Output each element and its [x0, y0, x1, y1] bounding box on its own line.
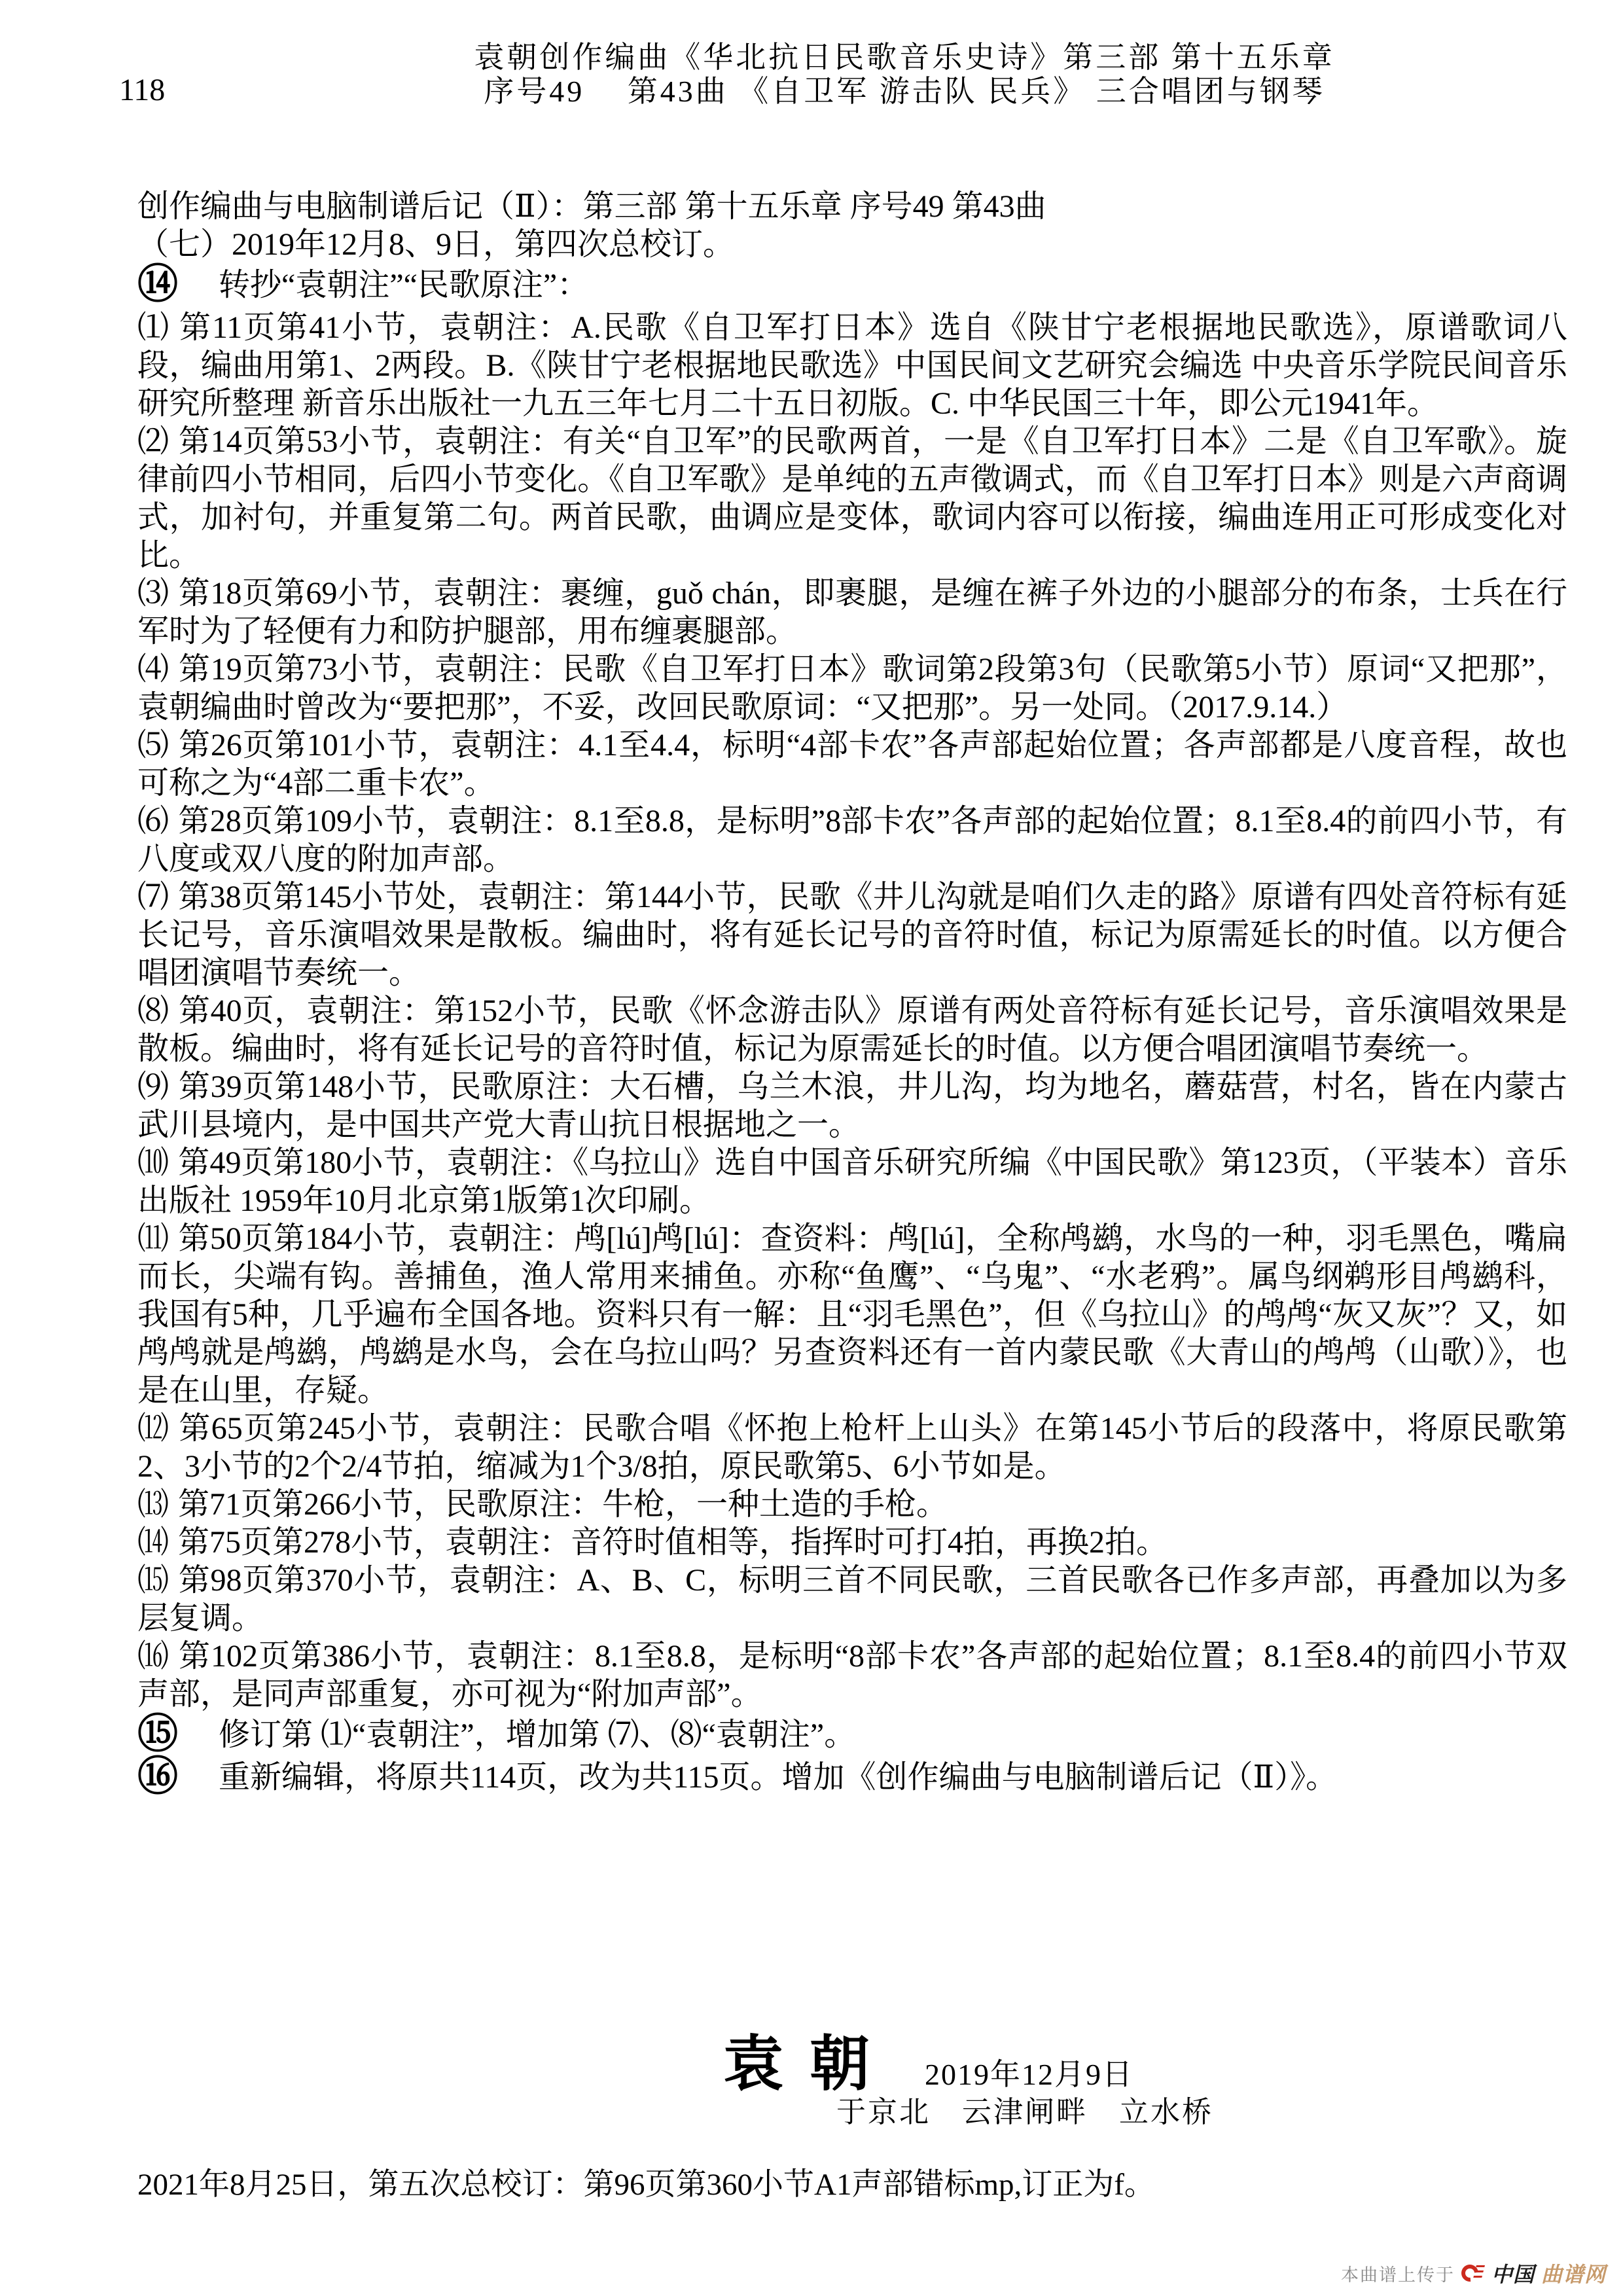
note-text: 第75页第278小节，袁朝注：音符时值相等，指挥时可打4拍，再换2拍。: [178, 1525, 1168, 1560]
note-text: 第26页第101小节，袁朝注：4.1至4.4，标明“4部卡农”各声部起始位置；各…: [137, 728, 1567, 800]
section-14-text: 转抄“袁朝注”“民歌原注”：: [219, 268, 588, 302]
note-item: ⑾第50页第184小节，袁朝注：鸬[lú]鸬[lú]：查资料：鸬[lú]，全称鸬…: [137, 1220, 1567, 1410]
note-item: ⑷第19页第73小节，袁朝注：民歌《自卫军打日本》歌词第2段第3句（民歌第5小节…: [137, 651, 1567, 726]
note-item: ⑽第49页第180小节，袁朝注：《乌拉山》选自中国音乐研究所编《中国民歌》第12…: [137, 1144, 1567, 1220]
note-marker: ⑺: [137, 880, 169, 914]
note-marker: ⒀: [137, 1487, 169, 1522]
note-text: 第28页第109小节，袁朝注：8.1至8.8，是标明”8部卡农”各声部的起始位置…: [137, 804, 1567, 876]
note-item: ⑸第26页第101小节，袁朝注：4.1至4.4，标明“4部卡农”各声部起始位置；…: [137, 726, 1567, 802]
note-text: 第38页第145小节处，袁朝注：第144小节，民歌《井儿沟就是咱们久走的路》原谱…: [137, 880, 1567, 990]
watermark: 本曲谱上传于 中国 曲谱网: [1341, 2258, 1606, 2288]
main-content: 创作编曲与电脑制谱后记（Ⅱ）：第三部 第十五乐章 序号49 第43曲 （七）20…: [137, 188, 1567, 1799]
note-item: ⑻第40页，袁朝注：第152小节，民歌《怀念游击队》原谱有两处音符标有延长记号，…: [137, 992, 1567, 1068]
section-15-heading: ⑮修订第 ⑴“袁朝注”，增加第 ⑺、⑻“袁朝注”。: [137, 1713, 1567, 1756]
note-text: 第19页第73小节，袁朝注：民歌《自卫军打日本》歌词第2段第3句（民歌第5小节）…: [137, 652, 1567, 725]
note-marker: ⑶: [137, 576, 169, 611]
header-title-line2: 序号49 第43曲 《自卫军 游击队 民兵》 三合唱团与钢琴: [191, 75, 1618, 109]
watermark-brand-black: 中国: [1491, 2258, 1535, 2288]
signature-place: 于京北 云津闸畔 立水桥: [836, 2088, 1213, 2130]
intro-line1: 创作编曲与电脑制谱后记（Ⅱ）：第三部 第十五乐章 序号49 第43曲: [137, 188, 1567, 226]
note-text: 第102页第386小节，袁朝注：8.1至8.8，是标明“8部卡农”各声部的起始位…: [137, 1639, 1567, 1712]
note-text: 第39页第148小节，民歌原注：大石槽，乌兰木浪，井儿沟，均为地名，蘑菇营，村名…: [137, 1069, 1567, 1142]
section-15-text: 修订第 ⑴“袁朝注”，增加第 ⑺、⑻“袁朝注”。: [219, 1717, 855, 1752]
section-16-marker: ⑯: [137, 1755, 178, 1799]
watermark-prefix: 本曲谱上传于: [1341, 2261, 1455, 2286]
note-text: 第40页，袁朝注：第152小节，民歌《怀念游击队》原谱有两处音符标有延长记号，音…: [137, 994, 1567, 1066]
section-16-heading: ⑯重新编辑，将原共114页，改为共115页。增加《创作编曲与电脑制谱后记（Ⅱ）》…: [137, 1756, 1567, 1799]
revision-note: 2021年8月25日，第五次总校订：第96页第360小节A1声部错标mp,订正为…: [137, 2160, 1155, 2204]
section-14-heading: ⑭转抄“袁朝注”“民歌原注”：: [137, 264, 1567, 306]
watermark-brand-orange: 曲谱网: [1541, 2258, 1606, 2288]
note-marker: ⒃: [137, 1639, 169, 1674]
note-marker: ⑾: [137, 1221, 169, 1256]
note-text: 第49页第180小节，袁朝注：《乌拉山》选自中国音乐研究所编《中国民歌》第123…: [137, 1145, 1567, 1218]
note-marker: ⑵: [137, 424, 169, 459]
note-item: ⑵第14页第53小节，袁朝注：有关“自卫军”的民歌两首，一是《自卫军打日本》二是…: [137, 423, 1567, 575]
section-16-text: 重新编辑，将原共114页，改为共115页。增加《创作编曲与电脑制谱后记（Ⅱ）》。: [219, 1760, 1337, 1795]
note-marker: ⑷: [137, 652, 169, 687]
note-item: ⒃第102页第386小节，袁朝注：8.1至8.8，是标明“8部卡农”各声部的起始…: [137, 1638, 1567, 1713]
note-text: 第71页第266小节，民歌原注：牛枪，一种土造的手枪。: [178, 1487, 948, 1522]
document-page: 118 袁朝创作编曲《华北抗日民歌音乐史诗》第三部 第十五乐章 序号49 第43…: [0, 0, 1623, 2296]
note-item: ⑼第39页第148小节，民歌原注：大石槽，乌兰木浪，井儿沟，均为地名，蘑菇营，村…: [137, 1068, 1567, 1144]
note-marker: ⑸: [137, 728, 169, 762]
note-item: ⑿第65页第245小节，袁朝注：民歌合唱《怀抱上枪杆上山头》在第145小节后的段…: [137, 1410, 1567, 1486]
note-marker: ⑿: [137, 1411, 169, 1446]
note-marker: ⒂: [137, 1563, 169, 1598]
section-14-marker: ⑭: [137, 262, 178, 307]
note-marker: ⑴: [137, 310, 170, 345]
note-text: 第50页第184小节，袁朝注：鸬[lú]鸬[lú]：查资料：鸬[lú]，全称鸬鹚…: [137, 1221, 1567, 1408]
note-text: 第98页第370小节，袁朝注：A、B、C，标明三首不同民歌，三首民歌各已作多声部…: [137, 1563, 1567, 1636]
note-text: 第65页第245小节，袁朝注：民歌合唱《怀抱上枪杆上山头》在第145小节后的段落…: [137, 1411, 1567, 1484]
header-title-line1: 袁朝创作编曲《华北抗日民歌音乐史诗》第三部 第十五乐章: [191, 41, 1618, 75]
note-item: ⒁第75页第278小节，袁朝注：音符时值相等，指挥时可打4拍，再换2拍。: [137, 1524, 1567, 1562]
note-text: 第18页第69小节，袁朝注：裹缠，guǒ chán，即裹腿，是缠在裤子外边的小腿…: [137, 576, 1567, 649]
note-marker: ⑽: [137, 1145, 169, 1180]
notes-list: ⑴第11页第41小节，袁朝注：A.民歌《自卫军打日本》选自《陕甘宁老根据地民歌选…: [137, 309, 1567, 1713]
note-text: 第11页第41小节，袁朝注：A.民歌《自卫军打日本》选自《陕甘宁老根据地民歌选》…: [137, 310, 1567, 421]
note-item: ⑹第28页第109小节，袁朝注：8.1至8.8，是标明”8部卡农”各声部的起始位…: [137, 802, 1567, 878]
note-item: ⑶第18页第69小节，袁朝注：裹缠，guǒ chán，即裹腿，是缠在裤子外边的小…: [137, 575, 1567, 651]
note-item: ⑴第11页第41小节，袁朝注：A.民歌《自卫军打日本》选自《陕甘宁老根据地民歌选…: [137, 309, 1567, 423]
note-text: 第14页第53小节，袁朝注：有关“自卫军”的民歌两首，一是《自卫军打日本》二是《…: [137, 424, 1567, 573]
site-logo-icon: [1461, 2263, 1485, 2283]
intro-line2: （七）2019年12月8、9日，第四次总校订。: [137, 226, 1567, 264]
note-marker: ⑻: [137, 994, 169, 1028]
note-marker: ⑹: [137, 804, 169, 838]
document-header: 袁朝创作编曲《华北抗日民歌音乐史诗》第三部 第十五乐章 序号49 第43曲 《自…: [191, 41, 1618, 109]
section-15-marker: ⑮: [137, 1712, 178, 1757]
page-number: 118: [119, 73, 165, 107]
note-marker: ⒁: [137, 1525, 169, 1560]
note-marker: ⑼: [137, 1069, 169, 1104]
note-item: ⒀第71页第266小节，民歌原注：牛枪，一种土造的手枪。: [137, 1486, 1567, 1524]
note-item: ⑺第38页第145小节处，袁朝注：第144小节，民歌《井儿沟就是咱们久走的路》原…: [137, 878, 1567, 992]
postscript-intro: 创作编曲与电脑制谱后记（Ⅱ）：第三部 第十五乐章 序号49 第43曲 （七）20…: [137, 188, 1567, 264]
note-item: ⒂第98页第370小节，袁朝注：A、B、C，标明三首不同民歌，三首民歌各已作多声…: [137, 1562, 1567, 1638]
